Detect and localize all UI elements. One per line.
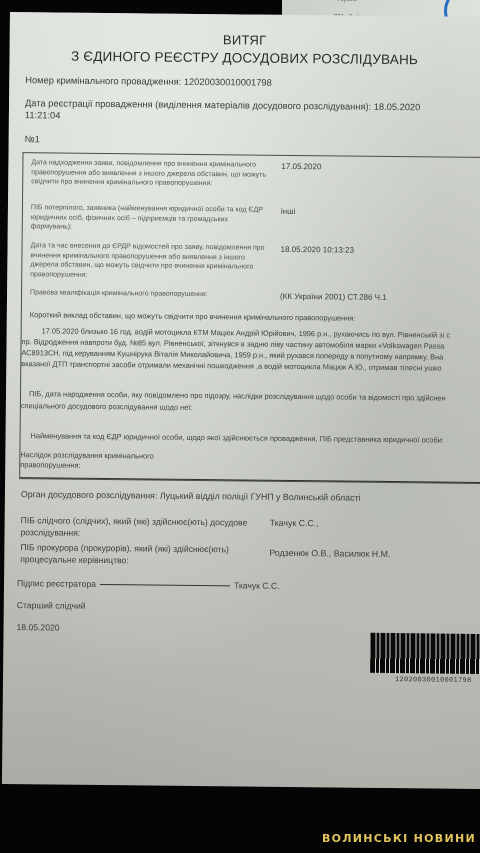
document-page: ВИТЯГ З ЄДИНОГО РЕЄСТРУ ДОСУДОВИХ РОЗСЛІ… [2, 12, 480, 789]
summary-line-4: вказаної ДТП транспортні засоби отримали… [21, 359, 441, 372]
signature-line: Підпис реєстратораТкачук С.С. [17, 578, 280, 591]
suspect-label-line-2: спеціального досудового розслідування що… [21, 401, 193, 412]
registration-label: Дата реєстрації провадження (виділення м… [25, 98, 371, 112]
agency-label: Орган досудового розслідування: [21, 489, 157, 500]
row-value-receipt-date: 17.05.2020 [281, 162, 321, 171]
result-label-line-2: правопорушення: [20, 460, 80, 470]
sign-date: 18.05.2020 [17, 622, 60, 632]
row-label-receipt-date: Дата надходження заяви, повідомлення про… [31, 158, 271, 189]
prosecutor-value: Родзенюк О.В., Василюк Н.М. [269, 548, 390, 559]
signature-name: Ткачук С.С. [234, 580, 280, 590]
investigator-label-line-2: розслідування: [21, 527, 81, 538]
table-bottom-divider [20, 477, 480, 483]
barcode-icon [370, 633, 480, 674]
row-value-victim: інші [281, 207, 295, 216]
row-label-victim: ПІБ потерпілого, заявника (найменування … [31, 203, 271, 234]
legal-entity-label: Найменування та код ЄДР юридичної особи,… [31, 431, 444, 444]
row-label-entry-datetime: Дата та час внесення до ЄРДР відомостей … [30, 241, 270, 282]
investigator-value: Ткачук С.С., [270, 518, 319, 529]
agency-value: Луцький відділ поліції ГУНП у Волинській… [160, 491, 361, 503]
prosecutor-label-line-2: процесуальне керівництво: [20, 554, 129, 565]
registration-date: 18.05.2020 [374, 102, 421, 112]
signature-label: Підпис реєстратора [17, 578, 96, 589]
document-subtitle: З ЄДИНОГО РЕЄСТРУ ДОСУДОВИХ РОЗСЛІДУВАНЬ [9, 48, 479, 68]
row-label-qualification: Правова кваліфікація кримінального право… [30, 288, 290, 300]
registration-time: 11:21:04 [25, 110, 61, 120]
case-number-line: Номер кримінального провадження: 1202003… [25, 75, 272, 88]
register-entry-table: Дата надходження заяви, повідомлення про… [19, 152, 480, 484]
position-title: Старший слідчий [17, 600, 86, 611]
signature-blank [100, 584, 230, 586]
background-sheet-text: Україна [337, 0, 357, 3]
watermark-logo: ВОЛИНСЬКІ НОВИНИ [322, 832, 476, 845]
entry-number: №1 [25, 134, 40, 144]
barcode-number: 12020030010001798 [395, 676, 472, 685]
document-title: ВИТЯГ [10, 30, 480, 50]
registration-line: Дата реєстрації провадження (виділення м… [25, 98, 420, 112]
case-number-label: Номер кримінального провадження: [25, 75, 181, 87]
row-value-entry-datetime: 18.05.2020 10:13:23 [280, 245, 353, 255]
prosecutor-label-line-1: ПІБ прокурора (прокурорів), який (які) з… [20, 542, 229, 554]
suspect-label-line-1: ПІБ, дата народження особи, яку повідомл… [29, 389, 446, 402]
case-number-value: 12020030010001798 [184, 77, 272, 88]
investigator-label-line-1: ПІБ слідчого (слідчих), який (які) здійс… [21, 515, 248, 527]
agency-line: Орган досудового розслідування: Луцький … [21, 489, 361, 503]
summary-label: Короткий виклад обставин, що можуть свід… [30, 310, 356, 322]
row-value-qualification: (КК України 2001) СТ.286 Ч.1 [280, 292, 387, 302]
result-label-line-1: Наслідок розслідування кримінального [20, 450, 154, 460]
